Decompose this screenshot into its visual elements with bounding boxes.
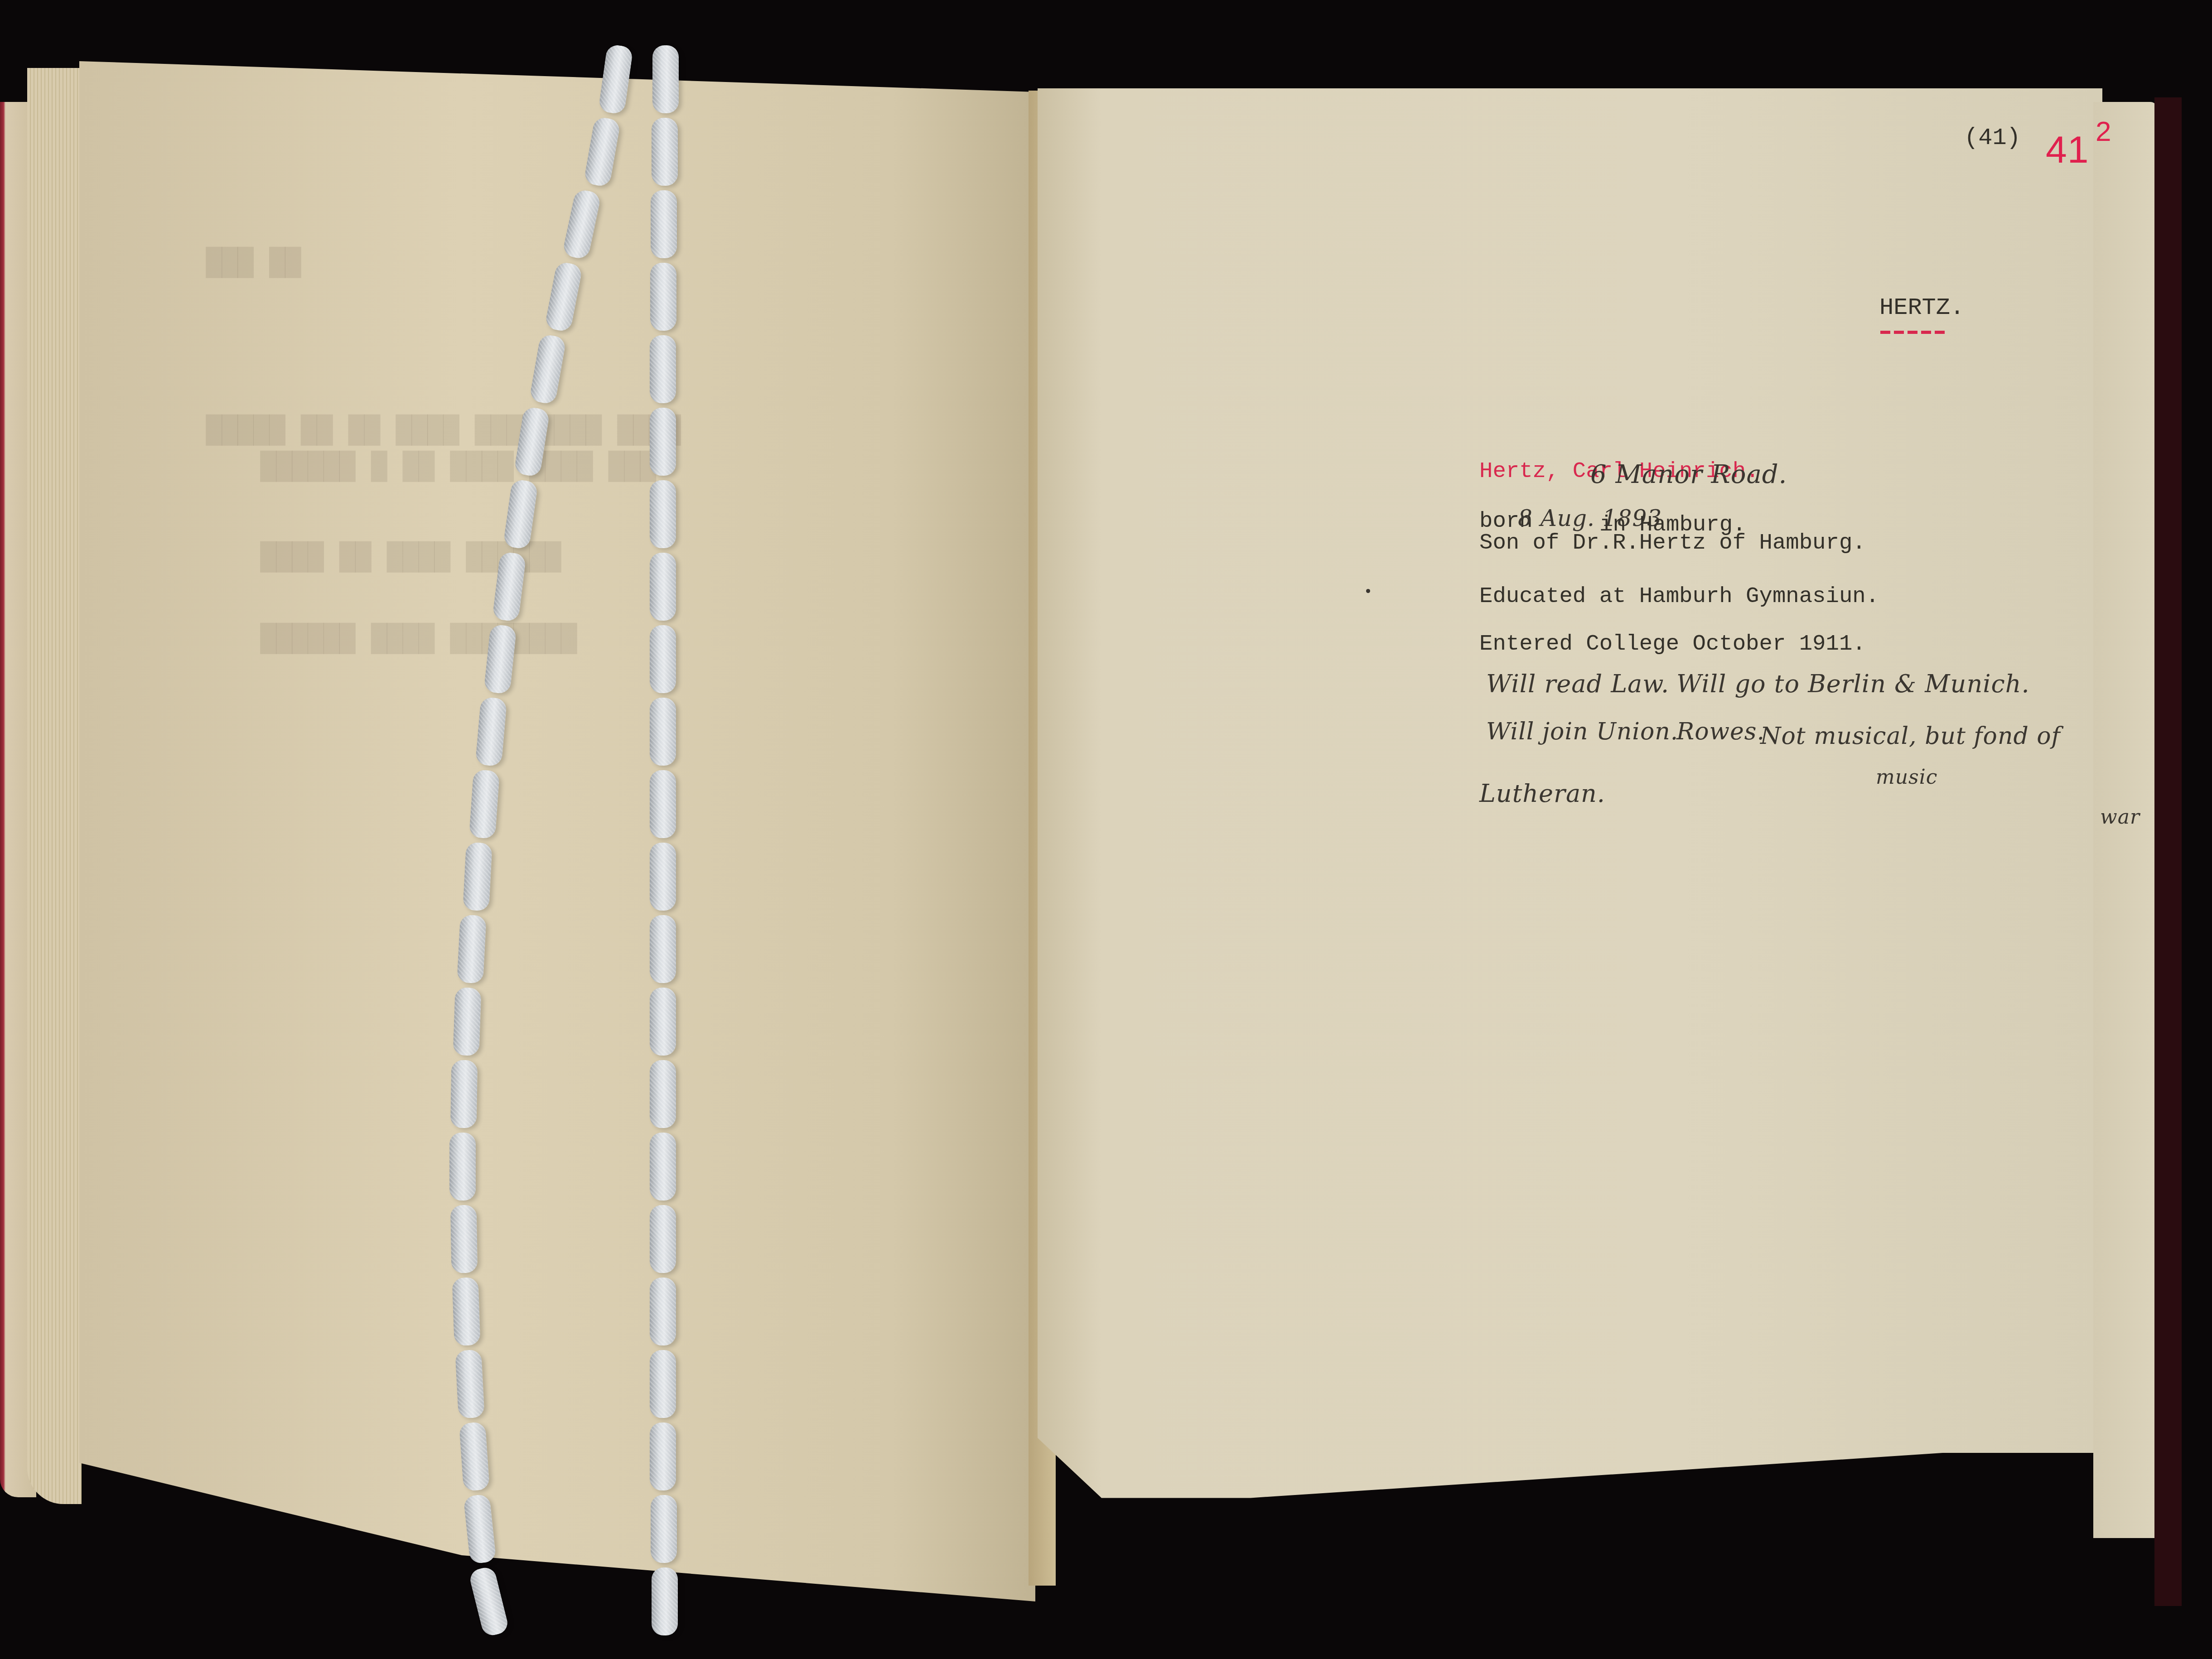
note-read-law: Will read Law.: [1486, 670, 1669, 698]
show-through-text: █████ ██ ██ ████ ████████ ████: [206, 415, 681, 445]
surname-heading: HERTZ.: [1879, 294, 1964, 321]
show-through-text: ███ ██: [206, 247, 301, 278]
note-rowes: Rowes.: [1676, 718, 1765, 745]
page-number-typed: (41): [1964, 125, 2021, 151]
show-through-text: ██████ ████ ████████: [261, 623, 577, 654]
note-berlin-munich: Will go to Berlin & Munich.: [1676, 670, 2030, 698]
right-cover-edge: [2154, 97, 2182, 1606]
surname-underline: [1880, 331, 1946, 334]
entry-entered-college: Entered College October 1911.: [1479, 631, 1866, 656]
entry-education: Educated at Hamburh Gymnasiun.: [1479, 584, 1879, 609]
left-page-stack: [27, 68, 82, 1504]
ink-dot: [1366, 589, 1370, 593]
page-number-red-superscript: 2: [2096, 116, 2111, 148]
note-music: music: [1876, 766, 1937, 789]
page-number-red: 41: [2046, 128, 2089, 172]
show-through-text: ██████ █ ██ ████ ████ ███: [261, 451, 656, 482]
entry-parentage: Son of Dr.R.Hertz of Hamburg.: [1479, 530, 1866, 555]
note-lutheran: Lutheran.: [1479, 779, 1605, 808]
note-join-union: Will join Union.: [1486, 718, 1678, 745]
note-musical: Not musical, but fond of: [1760, 723, 2061, 750]
book-spread-photo: ███ ██ █████ ██ ██ ████ ████████ ████ ██…: [0, 0, 2212, 1659]
entry-address-handwritten: 6 Manor Road.: [1590, 460, 1787, 489]
note-margin: war: [2100, 805, 2140, 829]
